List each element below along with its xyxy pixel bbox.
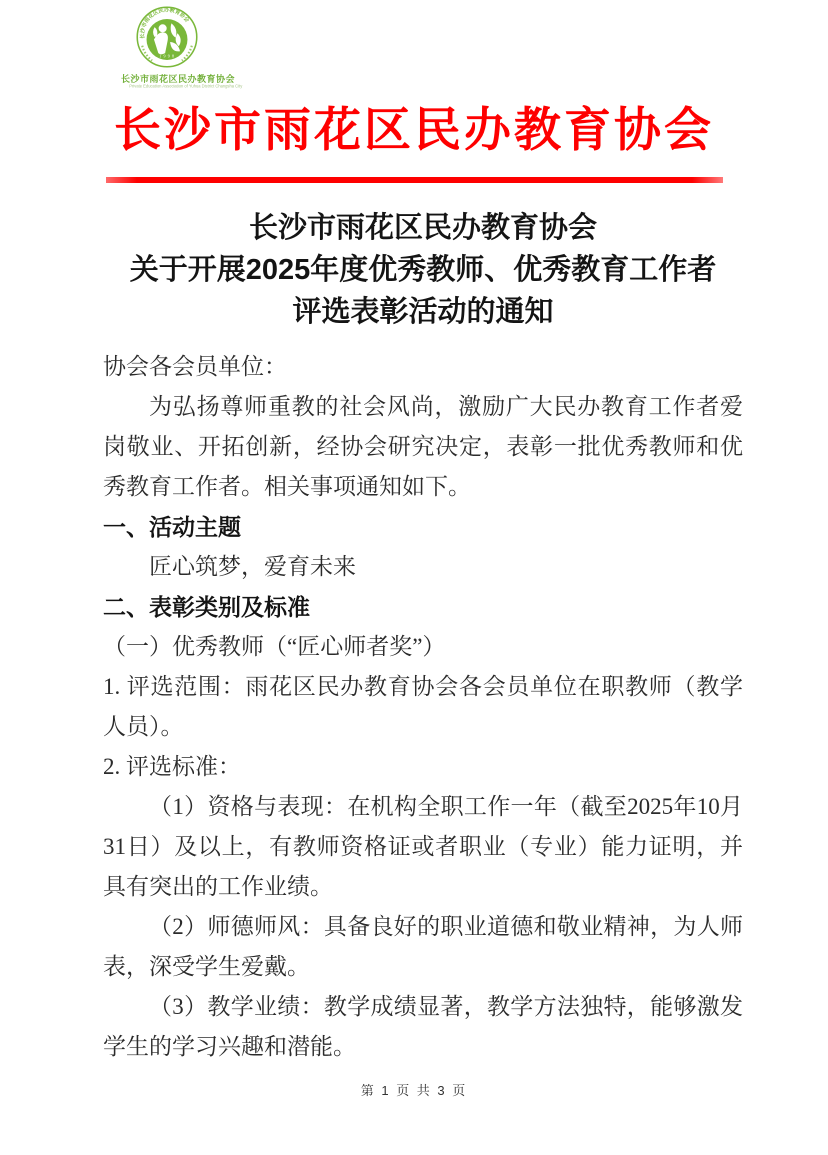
document-title-line-1: 长沙市雨花区民办教育协会 <box>103 207 743 249</box>
item-criteria: 2. 评选标准： <box>103 747 743 787</box>
document-title-line-3: 评选表彰活动的通知 <box>103 291 743 333</box>
subsection-heading-1: （一）优秀教师（“匠心师者奖”） <box>103 627 743 667</box>
salutation: 协会各会员单位： <box>103 347 743 387</box>
theme-line: 匠心筑梦，爱育未来 <box>103 547 743 587</box>
logo-caption-cn: 长沙市雨花区民办教育协会 <box>121 74 213 84</box>
intro-paragraph: 为弘扬尊师重教的社会风尚，激励广大民办教育工作者爱岗敬业、开拓创新，经协会研究决… <box>103 387 743 507</box>
badge-year: 1 9 9 8 <box>159 53 174 58</box>
document-content: 长沙市雨花区民办教育协会 关于开展2025年度优秀教师、优秀教育工作者 评选表彰… <box>103 207 743 1067</box>
association-badge-icon: 长沙市雨花区民办教育协会 1 9 9 8 <box>136 6 198 68</box>
document-title: 长沙市雨花区民办教育协会 关于开展2025年度优秀教师、优秀教育工作者 评选表彰… <box>103 207 743 333</box>
notice-page: 长沙市雨花区民办教育协会 1 9 9 8 长沙市雨花区民办教育协会 Privat… <box>0 0 828 1155</box>
criteria-3: （3）教学业绩：教学成绩显著，教学方法独特，能够激发学生的学习兴趣和潜能。 <box>103 987 743 1067</box>
item-scope: 1. 评选范围：雨花区民办教育协会各会员单位在职教师（教学人员）。 <box>103 667 743 747</box>
logo-caption-en: Private Education Association of Yuhua D… <box>129 84 204 89</box>
association-logo-block: 长沙市雨花区民办教育协会 1 9 9 8 长沙市雨花区民办教育协会 Privat… <box>121 6 213 90</box>
document-body: 协会各会员单位： 为弘扬尊师重教的社会风尚，激励广大民办教育工作者爱岗敬业、开拓… <box>103 347 743 1067</box>
criteria-2: （2）师德师风：具备良好的职业道德和敬业精神，为人师表，深受学生爱戴。 <box>103 907 743 987</box>
page-number: 第 1 页 共 3 页 <box>0 1080 828 1099</box>
criteria-1: （1）资格与表现：在机构全职工作一年（截至2025年10月31日）及以上，有教师… <box>103 787 743 907</box>
section-heading-1: 一、活动主题 <box>103 507 743 547</box>
letterhead-rule <box>106 177 723 183</box>
section-heading-2: 二、表彰类别及标准 <box>103 587 743 627</box>
document-title-line-2: 关于开展2025年度优秀教师、优秀教育工作者 <box>103 249 743 291</box>
letterhead-title: 长沙市雨花区民办教育协会 <box>0 100 828 162</box>
